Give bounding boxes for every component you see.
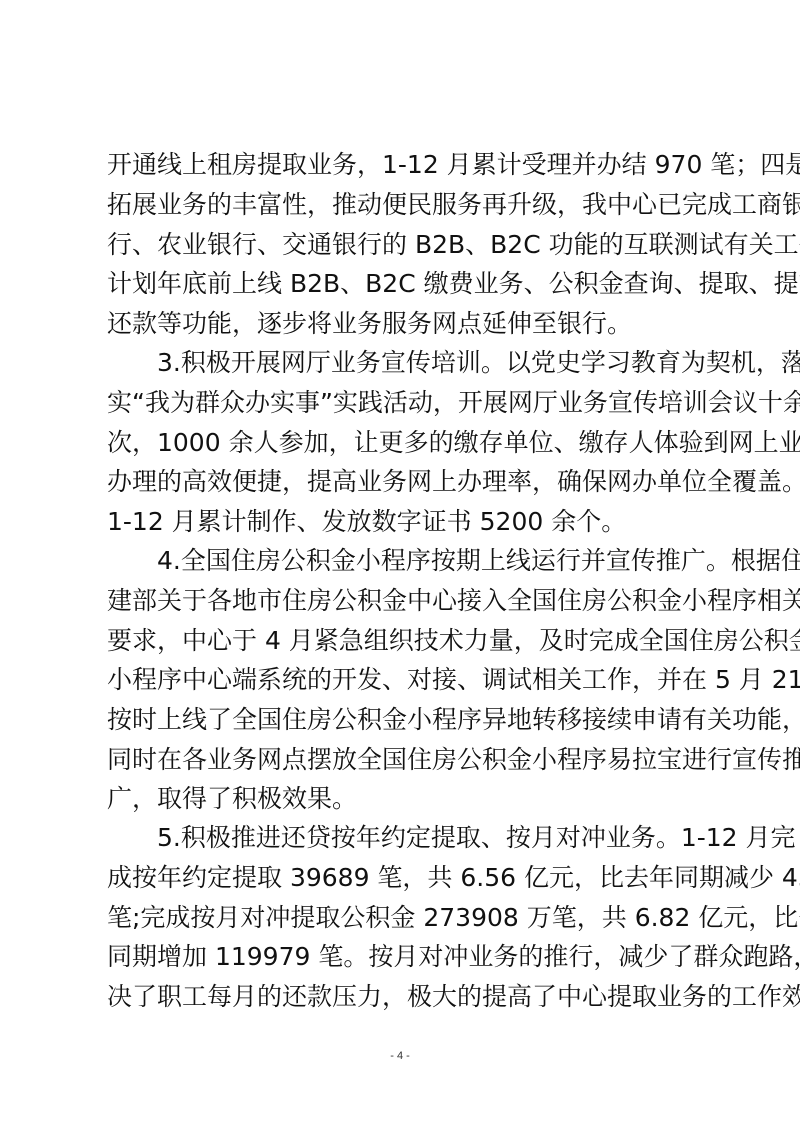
text-line: 拓展业务的丰富性，推动便民服务再升级，我中心已完成工商银 [107, 185, 719, 225]
text-line: 成按年约定提取 39689 笔，共 6.56 亿元，比去年同期减少 4349 [107, 858, 719, 898]
text-line: 广，取得了积极效果。 [107, 779, 719, 819]
text-line: 开通线上租房提取业务，1-12 月累计受理并办结 970 笔；四是为 [107, 145, 719, 185]
text-line: 行、农业银行、交通银行的 B2B、B2C 功能的互联测试有关工作， [107, 225, 719, 265]
text-line: 办理的高效便捷，提高业务网上办理率，确保网办单位全覆盖。 [107, 462, 719, 502]
text-line: 实“我为群众办实事”实践活动，开展网厅业务宣传培训会议十余 [107, 383, 719, 423]
text-line: 1-12 月累计制作、发放数字证书 5200 余个。 [107, 502, 719, 542]
document-page: 开通线上租房提取业务，1-12 月累计受理并办结 970 笔；四是为拓展业务的丰… [0, 0, 800, 1132]
text-line: 同时在各业务网点摆放全国住房公积金小程序易拉宝进行宣传推 [107, 740, 719, 780]
text-line: 决了职工每月的还款压力，极大的提高了中心提取业务的工作效 [107, 977, 719, 1017]
text-line: 小程序中心端系统的开发、对接、调试相关工作，并在 5 月 21 日 [107, 660, 719, 700]
text-line: 笔;完成按月对冲提取公积金 273908 万笔，共 6.82 亿元，比去年 [107, 898, 719, 938]
paragraph-first-line: 5.积极推进还贷按年约定提取、按月对冲业务。1-12 月完 [157, 818, 719, 858]
paragraph-first-line: 3.积极开展网厅业务宣传培训。以党史学习教育为契机，落 [157, 343, 719, 383]
text-line: 按时上线了全国住房公积金小程序异地转移接续申请有关功能， [107, 700, 719, 740]
paragraph-first-line: 4.全国住房公积金小程序按期上线运行并宣传推广。根据住 [157, 541, 719, 581]
text-line: 同期增加 119979 笔。按月对冲业务的推行，减少了群众跑路，解 [107, 937, 719, 977]
text-line: 建部关于各地市住房公积金中心接入全国住房公积金小程序相关 [107, 581, 719, 621]
text-line: 次，1000 余人参加，让更多的缴存单位、缴存人体验到网上业务 [107, 423, 719, 463]
text-line: 还款等功能，逐步将业务服务网点延伸至银行。 [107, 304, 719, 344]
text-line: 要求，中心于 4 月紧急组织技术力量，及时完成全国住房公积金 [107, 621, 719, 661]
text-line: 计划年底前上线 B2B、B2C 缴费业务、公积金查询、提取、提前 [107, 264, 719, 304]
page-number: - 4 - [0, 1050, 800, 1062]
